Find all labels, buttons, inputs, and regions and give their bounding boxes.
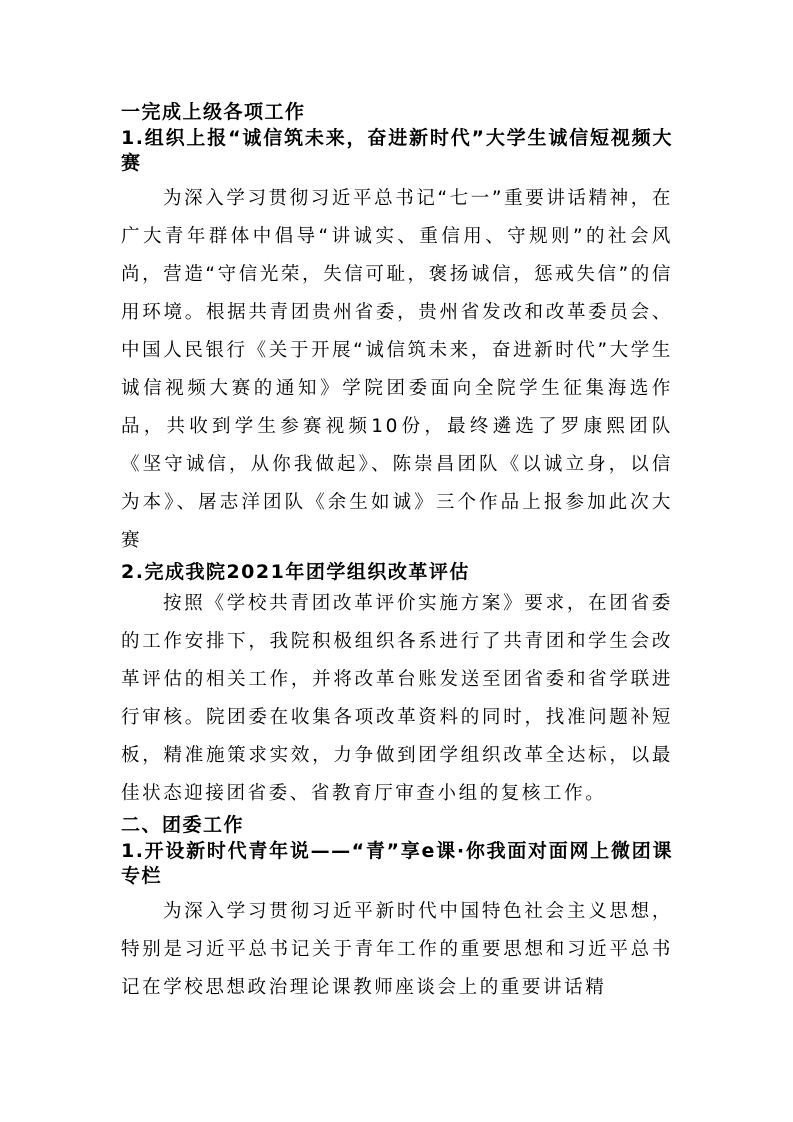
section-heading: 二、团委工作 bbox=[121, 813, 673, 839]
item-title: 1.组织上报“诚信筑未来，奋进新时代”大学生诚信短视频大赛 bbox=[121, 126, 673, 177]
item-title: 2.完成我院2021年团学组织改革评估 bbox=[121, 560, 673, 586]
section-heading: 一完成上级各项工作 bbox=[121, 100, 673, 126]
item-paragraph: 为深入学习贯彻习近平新时代中国特色社会主义思想，特别是习近平总书记关于青年工作的… bbox=[121, 893, 673, 1007]
item-paragraph: 为深入学习贯彻习近平总书记“七一”重要讲话精神，在广大青年群体中倡导“讲诚实、重… bbox=[121, 180, 673, 560]
item-title: 1.开设新时代青年说——“青”享e课·你我面对面网上微团课专栏 bbox=[121, 839, 673, 890]
document-page: 一完成上级各项工作 1.组织上报“诚信筑未来，奋进新时代”大学生诚信短视频大赛 … bbox=[121, 100, 673, 1007]
item-paragraph: 按照《学校共青团改革评价实施方案》要求，在团省委的工作安排下，我院积极组织各系进… bbox=[121, 585, 673, 813]
